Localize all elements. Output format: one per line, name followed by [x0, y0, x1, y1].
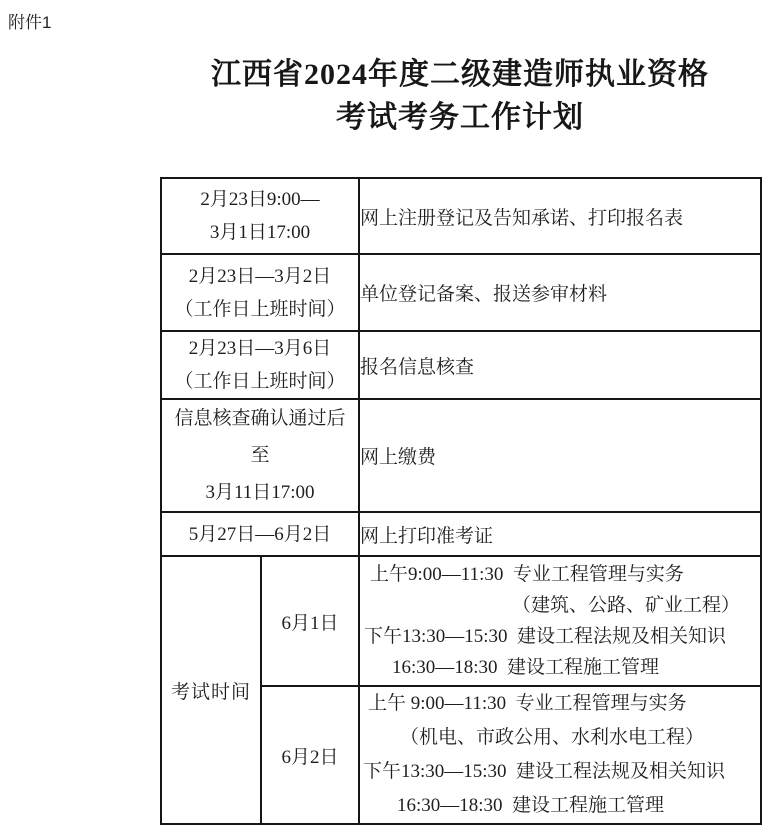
task-cell: 网上注册登记及告知承诺、打印报名表: [359, 178, 761, 254]
date-line: 至: [162, 437, 358, 474]
table-row: 考试时间 6月1日 上午9:00—11:30 专业工程管理与实务 （建筑、公路、…: [161, 556, 761, 686]
date-line: 2月23日—3月2日: [162, 260, 358, 293]
schedule-line: 下午13:30—15:30 建设工程法规及相关知识: [360, 621, 760, 652]
date-line: 3月11日17:00: [162, 474, 358, 511]
table-row: 5月27日—6月2日 网上打印准考证: [161, 512, 761, 556]
task-cell: 网上缴费: [359, 399, 761, 512]
date-cell: 2月23日—3月2日 （工作日上班时间）: [161, 254, 359, 331]
date-cell: 信息核查确认通过后 至 3月11日17:00: [161, 399, 359, 512]
exam-schedule-cell: 上午 9:00—11:30 专业工程管理与实务 （机电、市政公用、水利水电工程）…: [359, 686, 761, 824]
table-row: 2月23日—3月6日 （工作日上班时间） 报名信息核查: [161, 331, 761, 399]
task-cell: 单位登记备案、报送参审材料: [359, 254, 761, 331]
schedule-line: 上午 9:00—11:30 专业工程管理与实务: [360, 687, 760, 721]
date-cell: 2月23日9:00— 3月1日17:00: [161, 178, 359, 254]
schedule-line: （建筑、公路、矿业工程）: [360, 590, 760, 621]
table-row: 2月23日—3月2日 （工作日上班时间） 单位登记备案、报送参审材料: [161, 254, 761, 331]
schedule-line: 16:30—18:30 建设工程施工管理: [360, 652, 760, 683]
exam-day-cell: 6月1日: [261, 556, 359, 686]
task-cell: 网上打印准考证: [359, 512, 761, 556]
date-line: 2月23日—3月6日: [162, 332, 358, 365]
date-line: 3月1日17:00: [162, 216, 358, 249]
exam-time-label-cell: 考试时间: [161, 556, 261, 824]
page-title-line-2: 考试考务工作计划: [160, 96, 760, 139]
schedule-line: 上午9:00—11:30 专业工程管理与实务: [360, 559, 760, 590]
exam-plan-table: 2月23日9:00— 3月1日17:00 网上注册登记及告知承诺、打印报名表 2…: [160, 177, 762, 825]
page-title: 江西省2024年度二级建造师执业资格 考试考务工作计划: [160, 53, 760, 139]
page-title-line-1: 江西省2024年度二级建造师执业资格: [160, 53, 760, 96]
task-cell: 报名信息核查: [359, 331, 761, 399]
schedule-line: 下午13:30—15:30 建设工程法规及相关知识: [360, 755, 760, 789]
date-cell: 2月23日—3月6日 （工作日上班时间）: [161, 331, 359, 399]
table-row: 信息核查确认通过后 至 3月11日17:00 网上缴费: [161, 399, 761, 512]
date-cell: 5月27日—6月2日: [161, 512, 359, 556]
date-line: （工作日上班时间）: [162, 365, 358, 398]
date-line: （工作日上班时间）: [162, 293, 358, 326]
table-row: 2月23日9:00— 3月1日17:00 网上注册登记及告知承诺、打印报名表: [161, 178, 761, 254]
date-line: 2月23日9:00—: [162, 183, 358, 216]
schedule-line: 16:30—18:30 建设工程施工管理: [360, 789, 760, 823]
attachment-label: 附件1: [8, 8, 51, 33]
exam-schedule-cell: 上午9:00—11:30 专业工程管理与实务 （建筑、公路、矿业工程） 下午13…: [359, 556, 761, 686]
date-line: 信息核查确认通过后: [162, 400, 358, 437]
date-line: 5月27日—6月2日: [162, 518, 358, 551]
schedule-line: （机电、市政公用、水利水电工程）: [360, 721, 760, 755]
exam-day-cell: 6月2日: [261, 686, 359, 824]
